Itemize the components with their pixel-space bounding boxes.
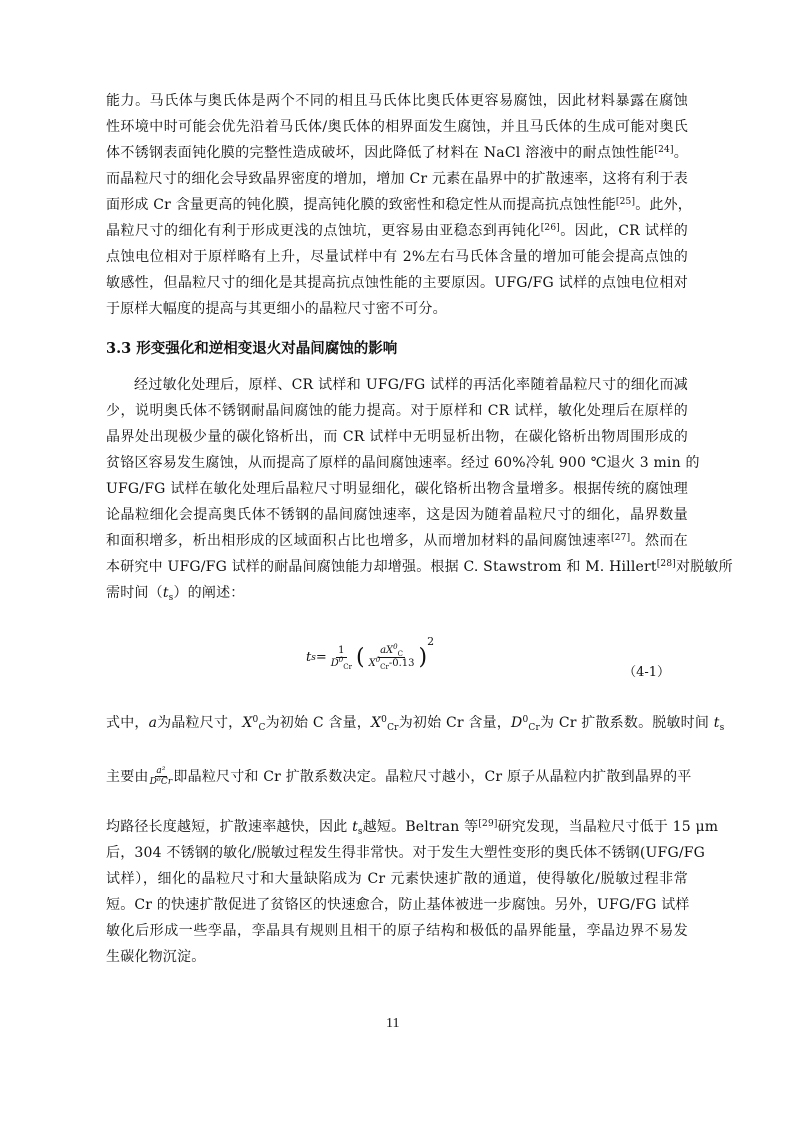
text: 。此外，	[635, 197, 692, 213]
eq-symbol: X	[369, 658, 376, 669]
inline-fraction: a²D⁰Cr	[149, 766, 174, 788]
paragraph-line: 敏化后形成一些孪晶，孪晶具有规则且相干的原子结构和极低的晶界能量，孪晶边界不易发	[106, 922, 688, 940]
eq-denominator: X0Cr-0.13	[367, 658, 417, 670]
eq-equals: =	[316, 650, 327, 665]
text: 式中，	[106, 715, 149, 731]
symbol: X	[242, 715, 252, 731]
eq-numerator: aX0C	[378, 645, 405, 658]
citation: [24]	[654, 145, 673, 155]
paragraph-line: 需时间（ts）的阐述：	[106, 584, 688, 602]
paragraph-line: 敏感性，但晶粒尺寸的细化是其提高抗点蚀性能的主要原因。UFG/FG 试样的点蚀电…	[106, 274, 688, 292]
paragraph-line: 面形成 Cr 含量更高的钝化膜，提高钝化膜的致密性和稳定性从而提高抗点蚀性能[2…	[106, 196, 688, 214]
text: 对脱敏所	[676, 559, 733, 575]
eq-constant: -0.13	[389, 658, 415, 669]
text: 均路径长度越短，扩散速率越快，因此	[106, 819, 352, 835]
eq-power: 2	[427, 635, 434, 648]
paragraph-line: 生碳化物沉淀。	[106, 948, 688, 966]
text: 面形成 Cr 含量更高的钝化膜，提高钝化膜的致密性和稳定性从而提高抗点蚀性能	[106, 197, 616, 213]
section-heading: 3.3 形变强化和逆相变退火对晶间腐蚀的影响	[106, 340, 397, 358]
symbol: X	[371, 715, 381, 731]
paragraph-line: 试样），细化的晶粒尺寸和大量缺陷成为 Cr 元素快速扩散的通道，使得敏化/脱敏过…	[106, 870, 688, 888]
text: 即晶粒尺寸和 Cr 扩散系数决定。晶粒尺寸越小，Cr 原子从晶粒内扩散到晶界的平	[173, 769, 691, 785]
text: 本研究中 UFG/FG 试样的耐晶间腐蚀能力却增强。根据 C. Stawstro…	[106, 559, 657, 575]
paragraph-line: 而晶粒尺寸的细化会导致晶界密度的增加，增加 Cr 元素在晶界中的扩散速率，这将有…	[106, 170, 688, 188]
frac-denominator: D⁰Cr	[149, 777, 174, 788]
equation-number: （4-1）	[623, 661, 670, 680]
text: 研究发现，当晶粒尺寸低于 15 μm	[498, 819, 719, 835]
paragraph-line: 体不锈钢表面钝化膜的完整性造成破坏，因此降低了材料在 NaCl 溶液中的耐点蚀性…	[106, 144, 688, 162]
paragraph-line: 于原样大幅度的提高与其更细小的晶粒尺寸密不可分。	[106, 300, 688, 318]
eq-paren: (	[356, 645, 365, 670]
eq-sub: C	[398, 650, 403, 658]
eq-symbol: D	[331, 658, 339, 669]
eq-fraction-1: 1 D0Cr	[329, 645, 354, 670]
equation-4-1: ts = 1 D0Cr ( aX0C X0Cr-0.13 ) 2 （4-1）	[106, 645, 688, 695]
citation: [25]	[616, 197, 635, 207]
paragraph-line: UFG/FG 试样在敏化处理后晶粒尺寸明显细化，碳化铬析出物含量增多。根据传统的…	[106, 480, 688, 498]
paragraph-line: 式中，a为晶粒尺寸，X0C为初始 C 含量，X0Cr为初始 Cr 含量，D0Cr…	[106, 714, 688, 732]
text: 为晶粒尺寸，	[157, 715, 242, 731]
symbol: a	[149, 715, 158, 731]
eq-sub: Cr	[380, 663, 389, 671]
paragraph-line: 和面积增多，析出相形成的区域面积占比也增多，从而增加材料的晶间腐蚀速率[27]。…	[106, 532, 688, 550]
text: 为初始 C 含量，	[266, 715, 371, 731]
text: 。因此，CR 试样的	[560, 223, 688, 239]
subscript: C	[258, 723, 265, 733]
text: 和面积增多，析出相形成的区域面积占比也增多，从而增加材料的晶间腐蚀速率	[106, 533, 611, 549]
paragraph-line: 晶界处出现极少量的碳化铬析出，而 CR 试样中无明显析出物，在碳化铬析出物周围形…	[106, 428, 688, 446]
citation: [26]	[541, 223, 560, 233]
text: 晶粒尺寸的细化有利于形成更浅的点蚀坑，更容易由亚稳态到再钝化	[106, 223, 541, 239]
citation: [27]	[611, 533, 630, 543]
text: ）的阐述：	[173, 585, 244, 601]
paragraph-line: 主要由a²D⁰Cr即晶粒尺寸和 Cr 扩散系数决定。晶粒尺寸越小，Cr 原子从晶…	[106, 766, 688, 788]
paragraph-line: 晶粒尺寸的细化有利于形成更浅的点蚀坑，更容易由亚稳态到再钝化[26]。因此，CR…	[106, 222, 688, 240]
paragraph-line: 能力。马氏体与奥氏体是两个不同的相且马氏体比奥氏体更容易腐蚀，因此材料暴露在腐蚀	[106, 92, 688, 110]
symbol: D	[511, 715, 522, 731]
paragraph-line: 少，说明奥氏体不锈钢耐晶间腐蚀的能力提高。对于原样和 CR 试样，敏化处理后在原…	[106, 402, 688, 420]
paragraph-line: 经过敏化处理后，原样、CR 试样和 UFG/FG 试样的再活化率随着晶粒尺寸的细…	[106, 376, 688, 394]
text: 为 Cr 扩散系数。脱敏时间	[540, 715, 714, 731]
paragraph-line: 短。Cr 的快速扩散促进了贫铬区的快速愈合，防止基体被进一步腐蚀。另外，UFG/…	[106, 896, 688, 914]
subscript: Cr	[528, 723, 540, 733]
text: 。	[674, 145, 688, 161]
citation: [28]	[657, 559, 676, 569]
text: 需时间（	[106, 585, 163, 601]
text: 。然而在	[630, 533, 688, 549]
paragraph-line: 点蚀电位相对于原样略有上升，尽量试样中有 2%左右马氏体含量的增加可能会提高点蚀…	[106, 248, 688, 266]
eq-sub: Cr	[343, 663, 352, 671]
page-number: 11	[386, 1016, 399, 1032]
text: 体不锈钢表面钝化膜的完整性造成破坏，因此降低了材料在 NaCl 溶液中的耐点蚀性…	[106, 145, 654, 161]
paragraph-line: 本研究中 UFG/FG 试样的耐晶间腐蚀能力却增强。根据 C. Stawstro…	[106, 558, 688, 576]
text: 主要由	[106, 769, 149, 785]
text: 为初始 Cr 含量，	[399, 715, 511, 731]
eq-paren: )	[419, 645, 428, 670]
citation: [29]	[478, 819, 497, 829]
text: 越短。Beltran 等	[363, 819, 479, 835]
paragraph-line: 贫铬区容易发生腐蚀，从而提高了原样的晶间腐蚀速率。经过 60%冷轧 900 ℃退…	[106, 454, 688, 472]
paragraph-line: 均路径长度越短，扩散速率越快，因此 ts越短。Beltran 等[29]研究发现…	[106, 818, 688, 836]
eq-fraction-2: aX0C X0Cr-0.13	[367, 645, 417, 670]
paragraph-line: 后，304 不锈钢的敏化/脱敏过程发生得非常快。对于发生大塑性变形的奥氏体不锈钢…	[106, 844, 688, 862]
paragraph-line: 论晶粒细化会提高奥氏体不锈钢的晶间腐蚀速率，这是因为随着晶粒尺寸的细化，晶界数量	[106, 506, 688, 524]
paragraph-line: 性环境中时可能会优先沿着马氏体/奥氏体的相界面发生腐蚀，并且马氏体的生成可能对奥…	[106, 118, 688, 136]
frac-numerator: a²	[155, 766, 166, 777]
eq-denominator: D0Cr	[329, 658, 354, 670]
subscript: Cr	[387, 723, 399, 733]
subscript: s	[720, 723, 725, 733]
equation-body: ts = 1 D0Cr ( aX0C X0Cr-0.13 ) 2	[306, 645, 434, 670]
